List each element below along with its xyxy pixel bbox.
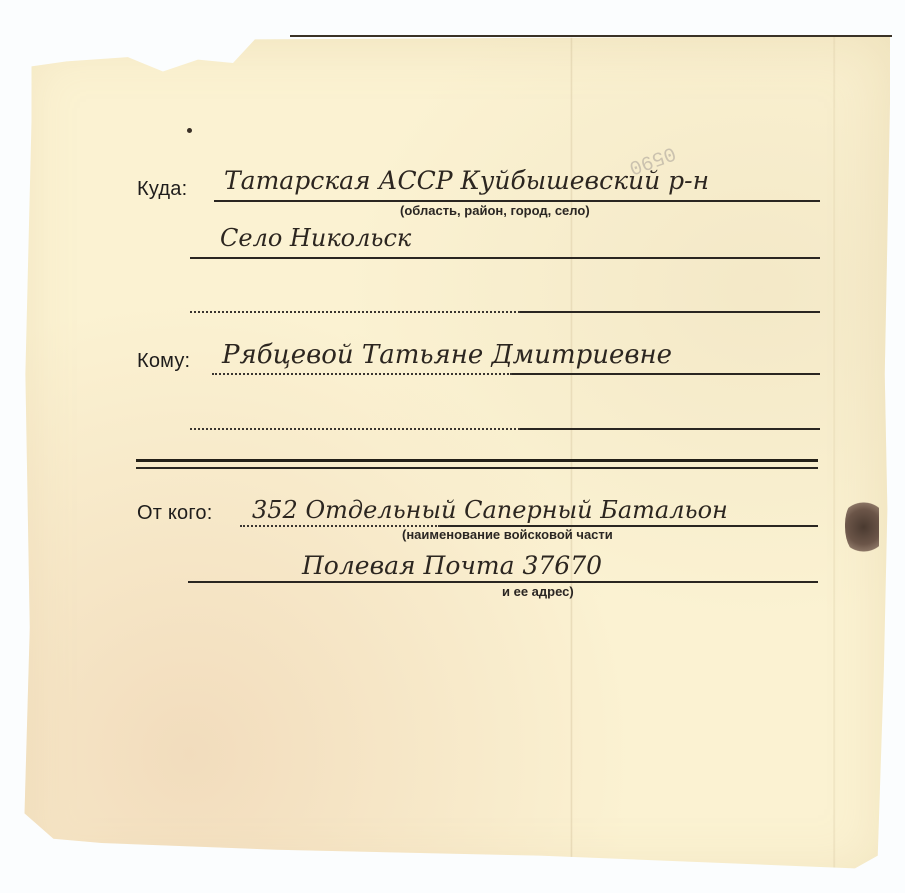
separator-line-top — [136, 459, 818, 462]
to-where-address-line2: Село Никольск — [220, 224, 411, 252]
to-whom-name: Рябцевой Татьяне Дмитриевне — [222, 340, 672, 370]
separator-line-bottom — [136, 467, 818, 469]
to-where-address-line1: Татарская АССР Куйбышевский р-н — [224, 166, 709, 195]
to-where-label: Куда: — [137, 178, 187, 201]
to-where-underline-1 — [214, 200, 820, 202]
to-where-caption: (область, район, город, село) — [400, 203, 590, 218]
to-whom-label: Кому: — [137, 350, 190, 373]
from-whom-underline-2 — [188, 581, 818, 583]
from-whom-field-post: Полевая Почта 37670 — [302, 551, 602, 580]
to-whom-underline-2 — [520, 428, 820, 430]
torn-hole — [845, 498, 879, 556]
to-whom-underline-2-dotted — [190, 428, 520, 430]
ink-dot — [187, 128, 192, 133]
to-whom-underline-1-dotted — [212, 373, 512, 375]
paper-top-edge — [290, 35, 892, 37]
to-whom-underline-1 — [512, 373, 820, 375]
to-where-underline-3 — [520, 311, 820, 313]
to-where-underline-2 — [190, 257, 820, 259]
to-where-underline-3-dotted — [190, 311, 520, 313]
from-whom-caption-unit: (наименование войсковой части — [402, 527, 613, 542]
from-whom-unit: 352 Отдельный Саперный Батальон — [252, 496, 728, 524]
from-whom-label: От кого: — [137, 502, 213, 525]
from-whom-caption-address: и ее адрес) — [502, 584, 574, 599]
